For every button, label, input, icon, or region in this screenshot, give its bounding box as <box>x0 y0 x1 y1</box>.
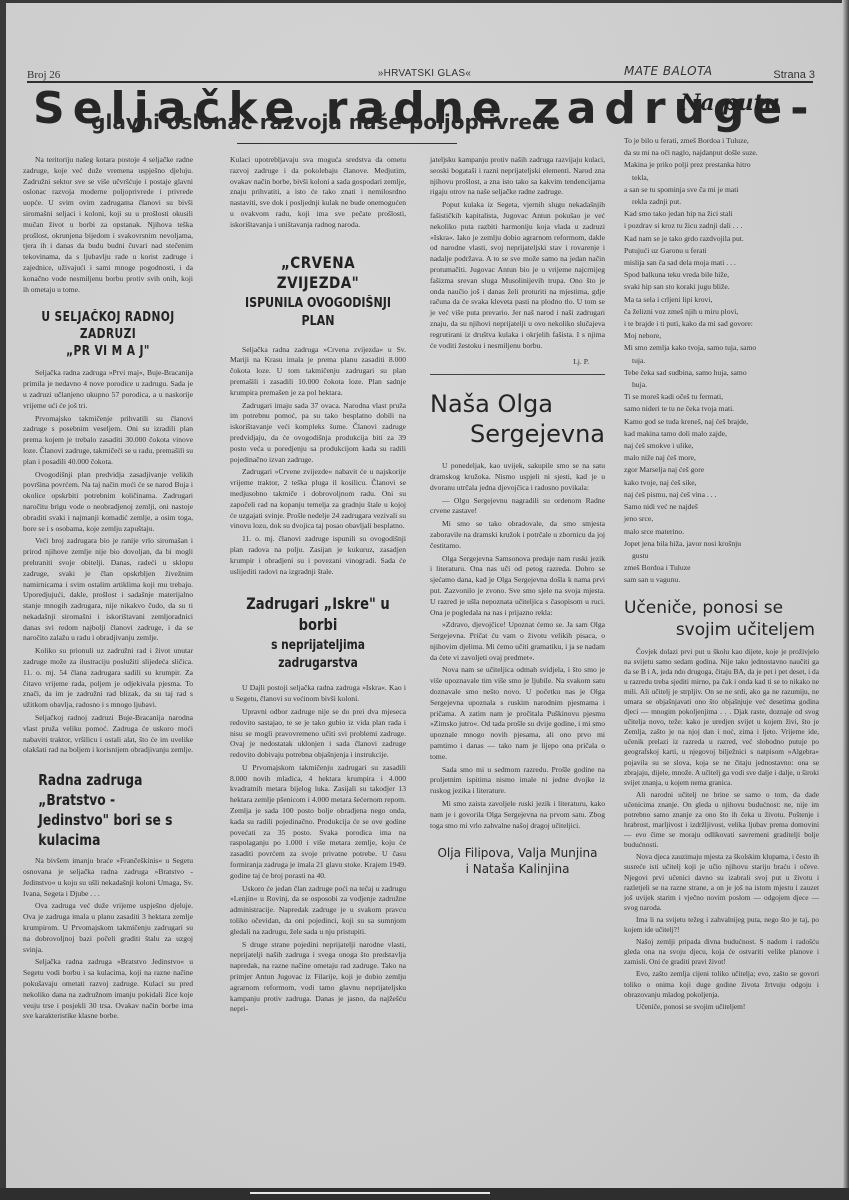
ucenice-paragraph: Nova djeca zauzimaju mjesta za školskim … <box>624 852 819 913</box>
olga-paragraph: Nova nam se učiteljica odmah svidjela, i… <box>430 665 605 762</box>
poem-line: Kad nam se je tako grdo razdvojila put. <box>624 233 819 245</box>
bratstvo-paragraph: Na bivšem imanju braće »Frančeškinis« u … <box>23 856 193 899</box>
ucenice-title: Učeniče, ponosi se svojim učiteljem <box>624 597 819 641</box>
prvi-maj-heading: U SELJAČKOJ RADNOJ ZADRUZI „PR VI M A J" <box>38 309 177 360</box>
crvena-zvijezda-paragraph: Zadrugari imaju sada 37 ovaca. Narodna v… <box>230 401 406 466</box>
olga-paragraph: Olga Sergejevna Samsonova predaje nam ru… <box>430 554 605 619</box>
crvena-zvijezda-paragraph: 11. o. mj. članovi zadruge ispunili su o… <box>230 534 406 577</box>
kulaci-paragraph: Kulaci upotrebljavaju sva moguća sredstv… <box>230 155 406 231</box>
prvi-maj-paragraph: Seljačka radna zadruga »Prvi maj«, Buje-… <box>23 368 193 411</box>
poem-line: zmeš Bordoa i Tuluze <box>624 562 819 574</box>
olga-paragraph: Sada smo mi u sedmom razredu. Prošle god… <box>430 765 605 797</box>
prvi-maj-heading-line2: „PR VI M A J" <box>38 343 177 360</box>
poem-line: samo nideri te tu ne čeka tvoja mati. <box>624 403 819 415</box>
poem-line: ča želizni voz zmeš njih u miru plovi, <box>624 306 819 318</box>
poem-line: gustu <box>624 550 819 562</box>
iskra-subheading: s neprijateljima zadrugarstva <box>246 637 390 673</box>
olga-title-line1: Naša Olga <box>430 389 605 419</box>
iskra-heading: Zadrugari „Iskre" u borbi <box>246 593 390 635</box>
olga-paragraph: Mi smo se tako obradovale, da smo smjest… <box>430 519 605 551</box>
olga-authors-line2: i Nataša Kalinjina <box>466 862 570 876</box>
crvena-zvijezda-subheading: ISPUNILA OVOGODIŠNJI PLAN <box>243 295 393 331</box>
iskra-paragraph: S druge strane pojedini neprijatelji nar… <box>230 940 406 1016</box>
poem-line: tuja. <box>624 355 819 367</box>
prvi-maj-paragraph: Koliko su prionuli uz zadružni rad i živ… <box>23 646 193 711</box>
olga-paragraph: Mi smo zaista zavoljele ruski jezik i li… <box>430 799 605 831</box>
lead-subheadline: glavni oslonac razvoja naše poljoprivred… <box>53 110 598 134</box>
poem-title: Na putu <box>640 90 820 116</box>
ucenice-paragraph: Čovjek dolazi prvi put u školu kao dijet… <box>624 647 819 788</box>
column-1: Na teritoriju našeg kotara postoje 4 sel… <box>23 155 193 1024</box>
bratstvo-paragraph: Seljačka radna zadruga »Bratstvo Jedinst… <box>23 957 193 1022</box>
olga-title: Naša Olga Sergejevna <box>430 389 605 449</box>
crvena-zvijezda-paragraph: Seljačka radna zadruga »Crvena zvijezda«… <box>230 345 406 399</box>
poem-line: To je bilo u ferati, zmeš Bordoa i Tuluz… <box>624 135 819 147</box>
poem-line: mislija san ča sad dela moja mati . . . <box>624 257 819 269</box>
poem-line: sam san u vagunu. <box>624 574 819 586</box>
iskra-paragraph: U Dajli postoji seljačka radna zadruga »… <box>230 683 406 705</box>
poem-line: zgor Marselja naj ćeš gore <box>624 464 819 476</box>
olga-authors-line1: Olja Filipova, Valja Munjina <box>437 846 597 860</box>
bratstvo-heading: Radna zadruga „Bratstvo - Jedinstvo" bor… <box>38 770 177 850</box>
poem-line: Samo nidi već ne najdeš <box>624 501 819 513</box>
poem-line: i pozdrav si kroz tu žicu zadnji dali . … <box>624 220 819 232</box>
iskra-paragraph: U Prvomajskom takmičenju zadrugari su za… <box>230 763 406 882</box>
poem-author: MATE BALOTA <box>624 64 713 78</box>
lead-intro: Na teritoriju našeg kotara postoje 4 sel… <box>23 155 193 295</box>
ucenice-paragraph: Evo, zašto zemlja cijeni toliko učitelja… <box>624 969 819 999</box>
poem-line: Mi smo zemlja kako tvoja, samo tuja, sam… <box>624 342 819 354</box>
ucenice-title-line2: svojim učiteljem <box>624 619 819 641</box>
ucenice-paragraph: Ali narodni učitelj ne brine se samo o t… <box>624 790 819 851</box>
iskra-paragraph: jateljsku kampanju protiv naših zadruga … <box>430 155 605 198</box>
olga-authors: Olja Filipova, Valja Munjina i Nataša Ka… <box>430 845 605 877</box>
poem-line: Ti se moreš kadi očeš tu fermati, <box>624 391 819 403</box>
poem-line: Jopet jena bila hiža, javor nosi krošnju <box>624 538 819 550</box>
iskra-paragraph: Upravni odbor zadruge nije se do prei dv… <box>230 707 406 761</box>
poem-line: Makina je priko polji prez prestanka hit… <box>624 159 819 171</box>
poem-line: svaki hip san sto koraki jugu bliže. <box>624 281 819 293</box>
poem-line: kako tvoje, naj ćeš sike, <box>624 477 819 489</box>
olga-title-line2: Sergejevna <box>430 419 605 449</box>
ucenice-paragraph: Ima li na svijetu težeg i zahvalnijeg pu… <box>624 915 819 935</box>
prvi-maj-heading-line1: U SELJAČKOJ RADNOJ ZADRUZI <box>38 309 177 343</box>
page-number: Strana 3 <box>770 69 815 81</box>
paper-name: »HRVATSKI GLAS« <box>0 68 849 79</box>
poem-line: da su mi na oči naglo, najdanput došle s… <box>624 147 819 159</box>
scan-bottom-edge <box>0 1188 849 1200</box>
poem-line: jeno srce, <box>624 513 819 525</box>
poem-line: Tebe čeka sad sudbina, samo huja, samo <box>624 367 819 379</box>
scan-paper-strip <box>250 1192 490 1194</box>
column-2: Kulaci upotrebljavaju sva moguća sredstv… <box>230 155 406 1017</box>
prvi-maj-paragraph: Seljačkoj radnoj zadruzi Buje-Bracanija … <box>23 713 193 756</box>
poem-line: malo niže naj ćeš more, <box>624 452 819 464</box>
ucenice-paragraph: Našoj zemlji pripada divna budućnost. S … <box>624 937 819 967</box>
poem-line: naj ćeš smokve i ulike, <box>624 440 819 452</box>
poem-line: malo srce materino. <box>624 526 819 538</box>
crvena-zvijezda-paragraph: Zadrugari »Crvene zvijezde« nabavit će u… <box>230 467 406 532</box>
subheadline-rule <box>237 143 457 144</box>
ucenice-paragraph: Učeniče, ponosi se svojim učiteljem! <box>624 1002 819 1012</box>
scan-right-edge <box>842 0 849 1200</box>
prvi-maj-paragraph: Ovogodišnji plan predvidja zasadjivanje … <box>23 470 193 535</box>
article-divider <box>430 374 605 375</box>
poem-line: rekla zadnji put. <box>624 196 819 208</box>
poem-line: Moj nebore, <box>624 330 819 342</box>
poem-line: Putujući uz Garonu u ferati <box>624 245 819 257</box>
poem-body: To je bilo u ferati, zmeš Bordoa i Tuluz… <box>624 135 819 587</box>
iskra-paragraph: Uskoro će jedan član zadruge poći na teč… <box>230 884 406 938</box>
poem-line: Kamo god se tuda kreneš, naj ćeš brajde, <box>624 416 819 428</box>
olga-paragraph: U ponedeljak, kao uvijek, sakupile smo s… <box>430 461 605 493</box>
poem-line: naj ćeš pismu, naj ćeš vina . . . <box>624 489 819 501</box>
iskra-paragraph: Poput kulaka iz Segeta, vjernih slugu ne… <box>430 200 605 351</box>
prvi-maj-paragraph: Veći broj zadrugara bio je ranije vrlo s… <box>23 536 193 644</box>
poem-line: kad makina tamo doli malo zajde, <box>624 428 819 440</box>
crvena-zvijezda-heading: „CRVENA ZVIJEZDA" <box>243 253 393 293</box>
column-3: jateljsku kampanju protiv naših zadruga … <box>430 155 605 879</box>
poem-line: huja. <box>624 379 819 391</box>
prvi-maj-paragraph: Prvomajsko takmičenje prihvatili su član… <box>23 414 193 468</box>
poem-line: Kad smo tako jedan hip na žici stali <box>624 208 819 220</box>
olga-paragraph: »Zdravo, djevojčice! Upoznat ćemo se. Ja… <box>430 620 605 663</box>
ucenice-body: Čovjek dolazi prvi put u školu kao dijet… <box>624 647 819 1012</box>
ucenice-title-line1: Učeniče, ponosi se <box>624 597 819 619</box>
poem-line: i te brajde i ti puti, kako da mi sad go… <box>624 318 819 330</box>
olga-paragraph: — Olgu Sergejevnu nagradili su ordenom R… <box>430 496 605 518</box>
article-signature: Lj. P. <box>430 357 589 368</box>
bratstvo-paragraph: Ova zadruga već duže vrijeme uspješno dj… <box>23 901 193 955</box>
poem-line: Spod balkuna teku vreda bile hiže, <box>624 269 819 281</box>
poem-line: a san se tu spominja sve ča mi je mati <box>624 184 819 196</box>
column-4: To je bilo u ferati, zmeš Bordoa i Tuluz… <box>624 135 819 1014</box>
poem-line: Ma ta sela i crljeni lipi krovi, <box>624 294 819 306</box>
poem-line: tekla, <box>624 172 819 184</box>
